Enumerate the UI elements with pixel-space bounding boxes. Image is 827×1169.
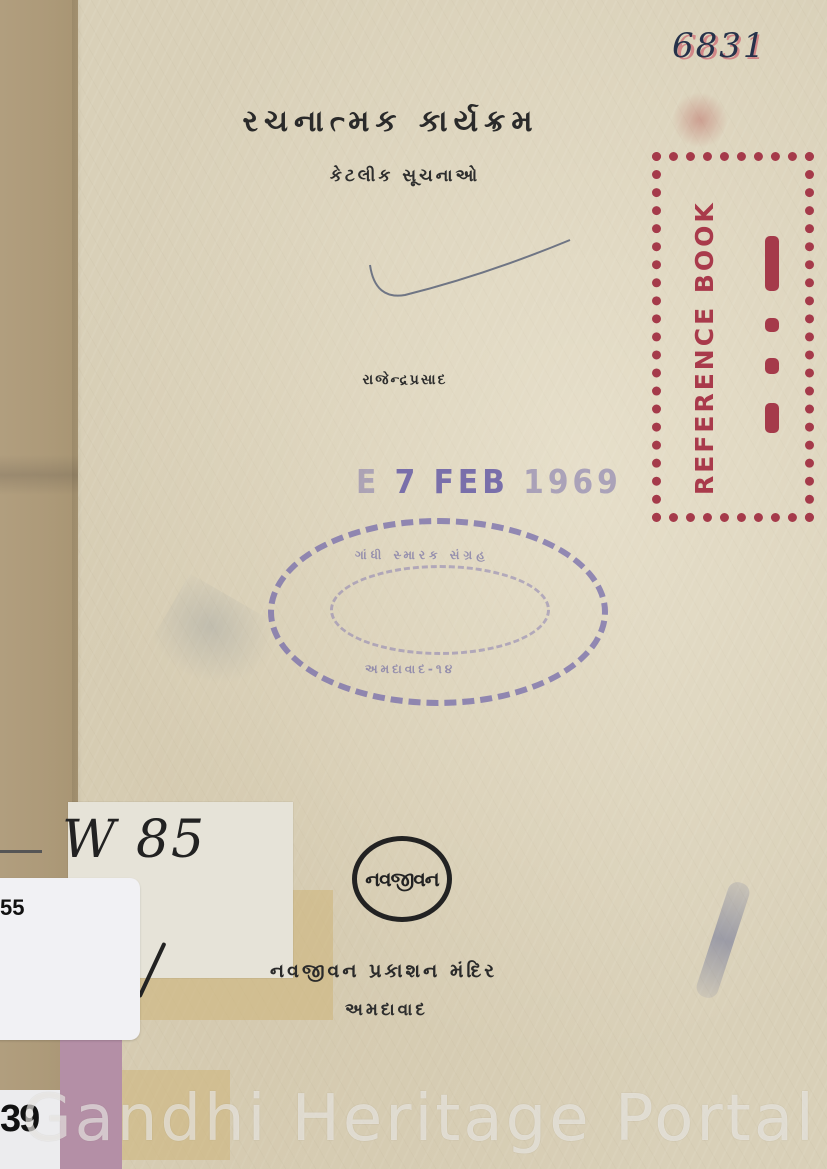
book-author: રાજેન્દ્રપ્રસાદ [335,372,475,388]
ink-smudge [145,574,285,707]
stamp-mark [765,358,779,374]
library-oval-stamp-inner [330,565,550,655]
book-cover: 6831 6831 રચનાત્મક કાર્યક્રમ કેટલીક સૂચન… [0,0,827,1169]
accession-number: 6831 [672,26,767,66]
book-subtitle: કેટલીક સૂચનાઓ [295,166,515,186]
stamp-mark [765,318,779,332]
stamp-mark [765,403,779,433]
handwritten-shelf-mark: W 85 [62,810,206,870]
date-stamp: E 7 FEB 1969 [356,462,622,501]
stamp-mark [765,236,779,291]
publisher-city: અમદાવાદ [345,1000,428,1020]
blue-pencil-mark [694,880,752,1001]
handwritten-dash [0,850,42,853]
spine-smudge [0,455,78,495]
date-stamp-day: 7 FEB [395,462,509,501]
reference-book-stamp-border [652,152,814,522]
red-ink-smear [670,90,730,150]
sticker-number: 55 [0,895,24,921]
date-stamp-year: 1969 [523,462,622,501]
watermark: Gandhi Heritage Portal [22,1082,817,1156]
publisher-logo-text: નવજીવન [365,867,438,891]
oval-stamp-top-text: ગાંધી સ્મારક સંગ્રહ [355,548,489,563]
reference-book-stamp-text: REFERENCE BOOK [690,200,719,495]
oval-stamp-bottom-text: અમદાવાદ-૧૪ [365,662,455,677]
pen-stroke [365,235,575,310]
publisher-name: નવજીવન પ્રકાશન મંદિર [270,960,497,982]
date-stamp-prefix: E [356,462,380,501]
book-title: રચનાત્મક કાર્યક્રમ [218,104,563,139]
publisher-logo: નવજીવન [352,836,452,922]
